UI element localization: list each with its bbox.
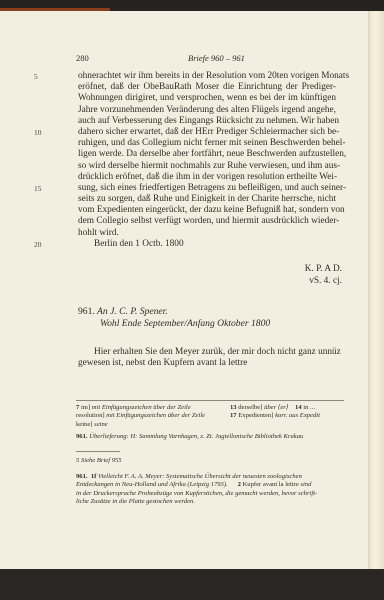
letter-960-signature: K. P. A D. vS. 4. cj. (78, 264, 342, 287)
signature-line: vS. 4. cj. (78, 276, 342, 288)
letter-961-heading: 961. An J. C. P. Spener. Wohl Ende Septe… (78, 306, 270, 330)
letter-date: Wohl Ende September/Anfang Oktober 1800 (78, 318, 270, 330)
apparatus-column: 13 derselbe] über ⟨er⟩ 14 in ...17 Exped… (230, 404, 350, 421)
transmission-note: 961. Überlieferung: H: Sammlung Varnhage… (76, 433, 303, 440)
text-line: hohlt wird. (78, 228, 336, 239)
apparatus-note: seine (94, 421, 108, 428)
apparatus-entry: 17 Expedienten] korr. aus Expedit (230, 412, 350, 420)
scan-bottom-border (0, 569, 384, 600)
line-number: 20 (34, 239, 42, 250)
commentary-line: in der Druckersprache Probeabzüge von Ku… (76, 490, 344, 498)
apparatus-line-ref: 13 (230, 404, 238, 411)
text-line: dem Collegio selbst verfügt worden, und … (78, 216, 336, 227)
text-line: eröfnet, daß der ObeBauRath Moser die Ei… (78, 82, 336, 93)
text-line: drücklich eröfnet, daß die ihm in der vo… (78, 172, 336, 183)
apparatus-note: mit Einfügungszeichen über der Zeile (92, 404, 191, 411)
line-number: 5 (34, 71, 38, 82)
text-line: 10dahero sicher erwartet, daß der HErr P… (78, 127, 336, 138)
text-line: Wohnungen dirigiret, und versprochen, we… (78, 93, 336, 104)
page-number: 280 (76, 53, 89, 63)
text-line: auch auf Verbesserung des Eingangs Rücks… (78, 116, 336, 127)
text-line: 15sung, sich eines friedfertigen Betrage… (78, 183, 336, 194)
commentary-line: Entdeckungen in Neu-Holland und Afrika (… (76, 481, 344, 489)
footnote: 5 Siehe Brief 955 (76, 457, 122, 464)
letter-recipient: An J. C. P. Spener. (97, 306, 168, 317)
text-line: gewesen ist, nebst den Kupfern avant la … (78, 358, 340, 369)
apparatus-entry: resolution] mit Einfügungszeichen über d… (76, 412, 226, 420)
commentary: 961. 1f Vielleicht F. A. A. Meyer: Syste… (76, 473, 344, 507)
apparatus-note: über ⟨er⟩ (264, 404, 288, 411)
text-line: 20Berlin den 1 Octb. 1800 (78, 239, 336, 250)
apparatus-line-ref: 7 (76, 404, 81, 411)
apparatus-divider (76, 400, 344, 401)
line-number: 15 (34, 183, 42, 194)
apparatus-entry: 7 im] mit Einfügungszeichen über der Zei… (76, 404, 226, 412)
text-line: Hier erhalten Sie den Meyer zurük, der m… (78, 347, 340, 358)
transmission-number: 961. (76, 433, 88, 440)
text-line: ruhigen, und das Collegium nicht ferner … (78, 138, 336, 149)
commentary-line: liche Zusätze in die Platte gestochen we… (76, 498, 344, 506)
apparatus-note: mit Einfügungszeichen über der Zeile (106, 412, 205, 419)
text-line: 5ohnerachtet wir ihm bereits in der Reso… (78, 71, 336, 82)
apparatus-column: 7 im] mit Einfügungszeichen über der Zei… (76, 404, 226, 429)
text-line: ligen werde. Da derselbe aber fortfährt,… (78, 149, 336, 160)
text-line: so wird derselbe hiermit nochmahls zur R… (78, 161, 336, 172)
text-line: seits zu sorgen, daß Ruhe und Einigkeit … (78, 194, 336, 205)
letter-number: 961. (78, 306, 95, 317)
signature-line: K. P. A D. (78, 264, 342, 276)
apparatus-line-ref: 17 (230, 412, 238, 419)
letter-960-text: 5ohnerachtet wir ihm bereits in der Reso… (78, 71, 336, 250)
footnote-divider (76, 451, 120, 452)
apparatus-entry: 13 derselbe] über ⟨er⟩ 14 in ... (230, 404, 350, 412)
letter-961-text: Hier erhalten Sie den Meyer zurük, der m… (78, 347, 340, 369)
running-head-title: Briefe 960 – 961 (188, 53, 245, 63)
apparatus-line-ref: 14 (295, 404, 303, 411)
apparatus-entry: keine] seine (76, 421, 226, 429)
line-number: 10 (34, 127, 42, 138)
commentary-letter-number: 961. (76, 473, 91, 480)
commentary-line: 961. 1f Vielleicht F. A. A. Meyer: Syste… (76, 473, 344, 481)
commentary-line-ref: 1f (91, 473, 98, 480)
page-fore-edge (368, 11, 384, 571)
commentary-lemma: Kupfer avant la lettre (243, 481, 301, 488)
text-line: Jahre vorzunehmenden Veränderung des alt… (78, 105, 336, 116)
apparatus-note: korr. aus Expedit (275, 412, 320, 419)
transmission-text: Überlieferung: H: Sammlung Varnhagen, z.… (89, 433, 303, 440)
text-line: vom Expedienten eingerückt, der dazu kei… (78, 205, 336, 216)
